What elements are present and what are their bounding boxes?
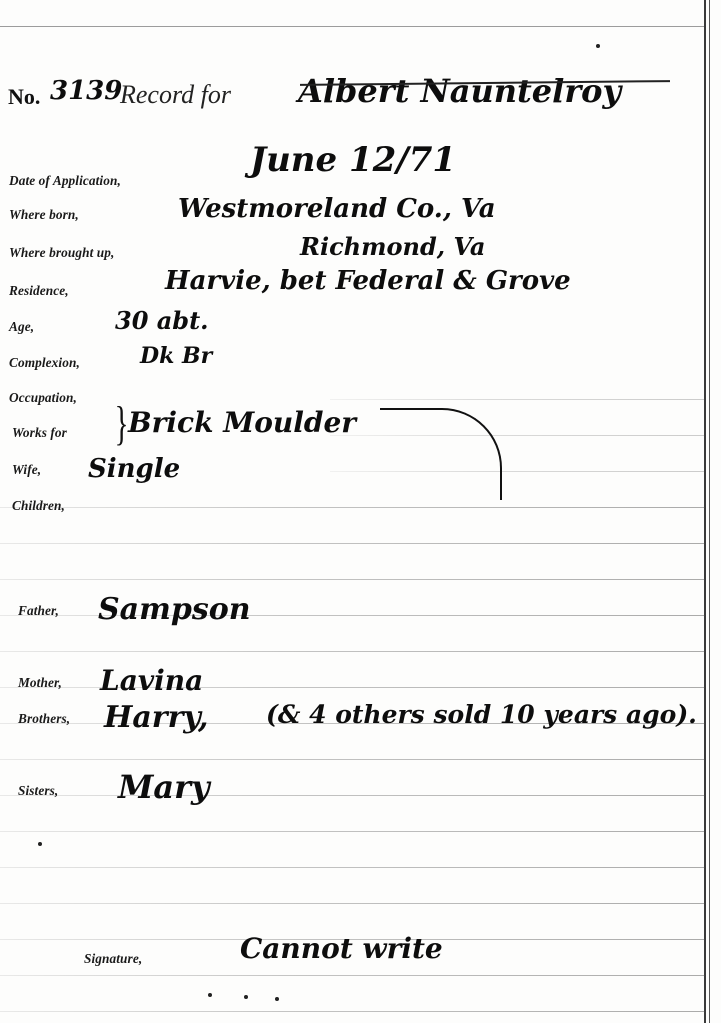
ruled-line bbox=[0, 975, 705, 976]
ledger-page: No. 3139 Record for Albert Nauntelroy Da… bbox=[0, 0, 721, 1023]
margin-line bbox=[704, 0, 706, 1023]
record-name: Albert Nauntelroy bbox=[298, 72, 621, 110]
label-date-of-application: Date of Application, bbox=[9, 174, 121, 190]
value-father: Sampson bbox=[98, 592, 251, 627]
value-brothers-note: (& 4 others sold 10 years ago). bbox=[266, 700, 697, 729]
ink-speck bbox=[275, 997, 279, 1001]
label-age: Age, bbox=[9, 320, 34, 336]
ruled-line bbox=[0, 579, 705, 580]
value-where-brought-up: Richmond, Va bbox=[300, 232, 485, 261]
label-mother: Mother, bbox=[18, 676, 62, 692]
label-brothers: Brothers, bbox=[18, 712, 70, 728]
value-complexion: Dk Br bbox=[140, 343, 212, 369]
ruled-line bbox=[330, 399, 705, 400]
label-where-born: Where born, bbox=[9, 208, 79, 224]
top-rule bbox=[0, 26, 705, 27]
label-works-for: Works for bbox=[12, 426, 67, 442]
value-date-of-application: June 12/71 bbox=[250, 140, 456, 180]
label-occupation: Occupation, bbox=[9, 391, 77, 407]
label-wife: Wife, bbox=[12, 463, 41, 479]
value-signature: Cannot write bbox=[240, 932, 443, 965]
ruled-line bbox=[0, 651, 705, 652]
label-children: Children, bbox=[12, 499, 65, 515]
label-father: Father, bbox=[18, 604, 59, 620]
ink-speck bbox=[244, 995, 248, 999]
label-where-brought-up: Where brought up, bbox=[9, 246, 114, 262]
record-number: 3139 bbox=[50, 76, 122, 106]
value-residence: Harvie, bet Federal & Grove bbox=[165, 266, 571, 296]
value-where-born: Westmoreland Co., Va bbox=[178, 194, 496, 224]
value-brothers: Harry, bbox=[104, 700, 208, 735]
record-number-prefix: No. bbox=[8, 84, 40, 110]
ink-speck bbox=[38, 842, 42, 846]
ruled-line bbox=[0, 831, 705, 832]
value-sisters: Mary bbox=[118, 768, 210, 806]
record-title-label: Record for bbox=[120, 80, 231, 110]
ruled-line bbox=[0, 795, 705, 796]
ruled-line bbox=[0, 507, 705, 508]
label-residence: Residence, bbox=[9, 284, 69, 300]
label-sisters: Sisters, bbox=[18, 784, 58, 800]
label-complexion: Complexion, bbox=[9, 356, 80, 372]
brace-occupation-works-for: } bbox=[115, 396, 129, 451]
ruled-line bbox=[0, 759, 705, 760]
ruled-line bbox=[0, 867, 705, 868]
flourish-arc bbox=[380, 408, 502, 500]
ruled-line bbox=[0, 543, 705, 544]
label-signature: Signature, bbox=[84, 952, 142, 968]
ruled-line bbox=[0, 1011, 705, 1012]
ruled-line bbox=[0, 903, 705, 904]
ink-speck bbox=[208, 993, 212, 997]
value-occupation: Brick Moulder bbox=[128, 406, 356, 439]
value-age: 30 abt. bbox=[115, 306, 209, 335]
value-mother: Lavina bbox=[100, 664, 203, 697]
value-wife: Single bbox=[88, 454, 180, 484]
margin-line-inner bbox=[709, 0, 710, 1023]
ink-speck bbox=[596, 44, 600, 48]
